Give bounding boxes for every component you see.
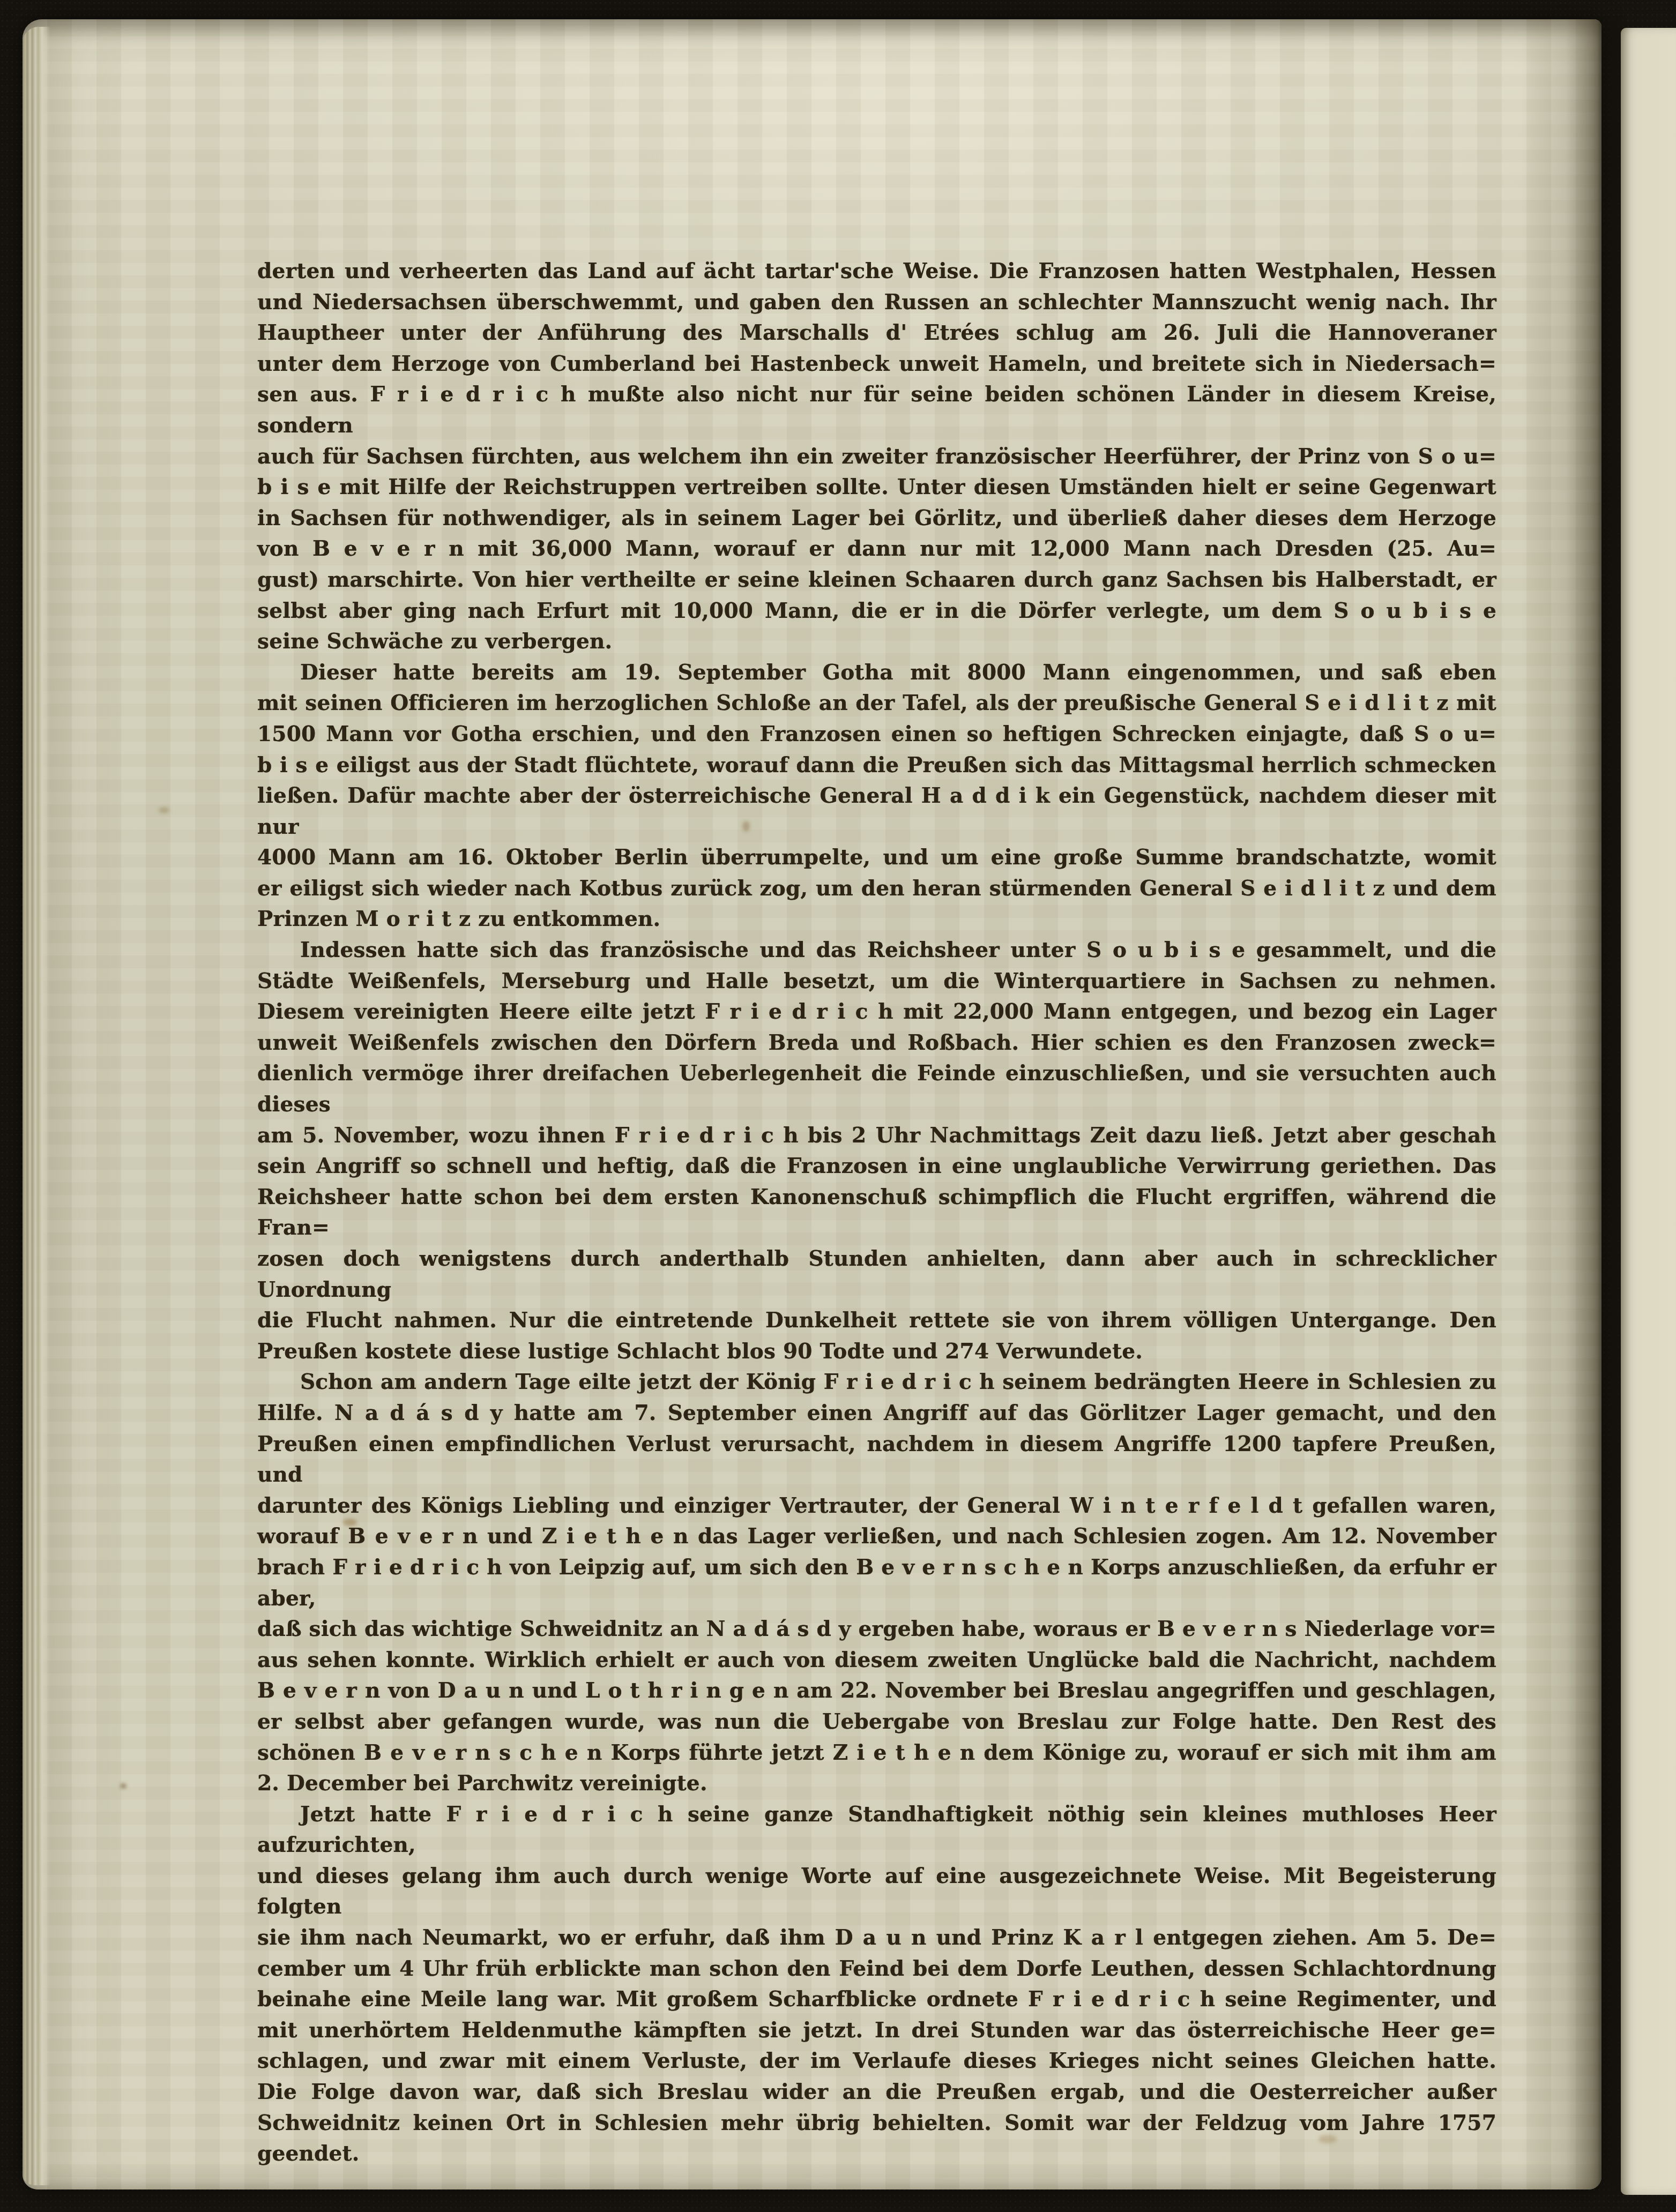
text-line: selbst aber ging nach Erfurt mit 10,000 …	[257, 596, 1496, 627]
text-line: in Sachsen für nothwendiger, als in sein…	[257, 503, 1496, 534]
text-line: Hilfe. N a d á s d y hatte am 7. Septemb…	[257, 1398, 1496, 1429]
text-line: geendet.	[257, 2139, 1496, 2170]
text-line: beinahe eine Meile lang war. Mit großem …	[257, 1984, 1496, 2015]
text-line: ließen. Dafür machte aber der österreich…	[257, 781, 1496, 842]
text-line: zosen doch wenigstens durch anderthalb S…	[257, 1244, 1496, 1305]
text-line: worauf B e v e r n und Z i e t h e n das…	[257, 1521, 1496, 1552]
text-line: sein Angriff so schnell und heftig, daß …	[257, 1151, 1496, 1182]
text-line: Jetzt hatte F r i e d r i c h seine ganz…	[257, 1799, 1496, 1861]
text-line: schlagen, und zwar mit einem Verluste, d…	[257, 2046, 1496, 2077]
text-line: aus sehen konnte. Wirklich erhielt er au…	[257, 1645, 1496, 1676]
text-line: Dieser hatte bereits am 19. September Go…	[257, 657, 1496, 689]
text-line: 1500 Mann vor Gotha erschien, und den Fr…	[257, 719, 1496, 750]
text-line: sen aus. F r i e d r i c h mußte also ni…	[257, 379, 1496, 441]
text-line: er eiligst sich wieder nach Kotbus zurüc…	[257, 873, 1496, 905]
text-line: unter dem Herzoge von Cumberland bei Has…	[257, 349, 1496, 380]
book-page: derten und verheerten das Land auf ächt …	[23, 19, 1601, 2189]
text-line: brach F r i e d r i c h von Leipzig auf,…	[257, 1552, 1496, 1614]
text-line: b i s e mit Hilfe der Reichstruppen vert…	[257, 472, 1496, 503]
text-line: daß sich das wichtige Schweidnitz an N a…	[257, 1614, 1496, 1645]
text-line: sie ihm nach Neumarkt, wo er erfuhr, daß…	[257, 1923, 1496, 1954]
text-line: B e v e r n von D a u n und L o t h r i …	[257, 1676, 1496, 1707]
text-line: Diesem vereinigten Heere eilte jetzt F r…	[257, 997, 1496, 1028]
text-line: dienlich vermöge ihrer dreifachen Ueberl…	[257, 1058, 1496, 1120]
text-line: er selbst aber gefangen wurde, was nun d…	[257, 1707, 1496, 1738]
adjacent-page-edge	[1621, 28, 1676, 2195]
text-line: gust) marschirte. Von hier vertheilte er…	[257, 565, 1496, 596]
page-stack-edges	[23, 27, 50, 2185]
text-line: cember um 4 Uhr früh erblickte man schon…	[257, 1954, 1496, 1985]
paper-stain	[120, 1783, 126, 1789]
text-line: darunter des Königs Liebling und einzige…	[257, 1491, 1496, 1522]
text-line: Schweidnitz keinen Ort in Schlesien mehr…	[257, 2108, 1496, 2139]
text-line: die Flucht nahmen. Nur die eintretende D…	[257, 1305, 1496, 1336]
text-line: und Niedersachsen überschwemmt, und gabe…	[257, 287, 1496, 318]
text-line: mit unerhörtem Heldenmuthe kämpften sie …	[257, 2015, 1496, 2046]
text-line: 4000 Mann am 16. Oktober Berlin überrump…	[257, 842, 1496, 873]
text-line: derten und verheerten das Land auf ächt …	[257, 256, 1496, 287]
text-line: auch für Sachsen fürchten, aus welchem i…	[257, 442, 1496, 473]
paper-stain	[159, 807, 169, 813]
text-line: Indessen hatte sich das französische und…	[257, 935, 1496, 966]
text-line: mit seinen Officieren im herzoglichen Sc…	[257, 688, 1496, 719]
text-line: Die Folge davon war, daß sich Breslau wi…	[257, 2077, 1496, 2108]
page-text-block: derten und verheerten das Land auf ächt …	[257, 256, 1496, 2170]
text-line: und dieses gelang ihm auch durch wenige …	[257, 1861, 1496, 1923]
text-line: 2. December bei Parchwitz vereinigte.	[257, 1768, 1496, 1799]
scan-canvas: { "scan": { "background_color": "#16130e…	[0, 0, 1676, 2212]
text-line: am 5. November, wozu ihnen F r i e d r i…	[257, 1120, 1496, 1152]
text-line: unweit Weißenfels zwischen den Dörfern B…	[257, 1028, 1496, 1059]
text-line: Preußen kostete diese lustige Schlacht b…	[257, 1336, 1496, 1367]
text-line: Schon am andern Tage eilte jetzt der Kön…	[257, 1367, 1496, 1398]
text-line: Reichsheer hatte schon bei dem ersten Ka…	[257, 1182, 1496, 1244]
text-line: Städte Weißenfels, Merseburg und Halle b…	[257, 966, 1496, 997]
text-line: Prinzen M o r i t z zu entkommen.	[257, 904, 1496, 935]
text-line: schönen B e v e r n s c h e n Korps führ…	[257, 1738, 1496, 1769]
text-line: seine Schwäche zu verbergen.	[257, 626, 1496, 657]
text-line: Preußen einen empfindlichen Verlust veru…	[257, 1429, 1496, 1491]
text-line: b i s e eiligst aus der Stadt flüchtete,…	[257, 750, 1496, 781]
text-line: Hauptheer unter der Anführung des Marsch…	[257, 318, 1496, 349]
text-line: von B e v e r n mit 36,000 Mann, worauf …	[257, 534, 1496, 565]
